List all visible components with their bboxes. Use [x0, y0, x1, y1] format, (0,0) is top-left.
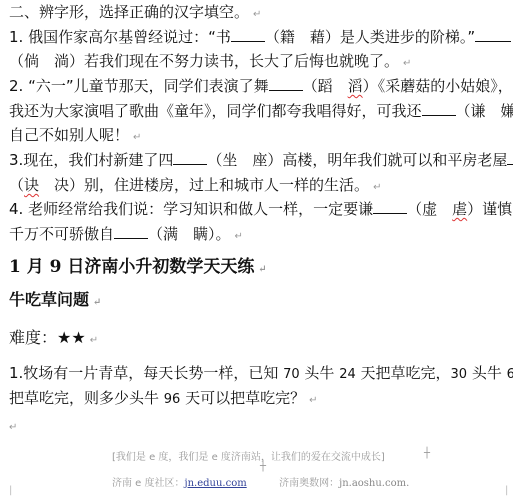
char-options-close: ）: [363, 77, 378, 95]
fill-blank[interactable]: [231, 27, 265, 42]
question-text: 是人类进步的阶梯。”: [340, 28, 475, 46]
difficulty-rating: 难度：★★↵: [9, 328, 98, 351]
question-2-line-3: 自己不如别人呢！↵: [9, 125, 141, 148]
question-3-line-2: （诀 决）别，住进楼房，过上和城市人一样的生活。↵: [9, 175, 381, 198]
paragraph-mark-icon: ↵: [403, 58, 411, 69]
char-options: （满 瞒）: [148, 225, 216, 243]
char-options: （蹈: [303, 77, 348, 95]
fill-blank[interactable]: [422, 101, 456, 116]
aoshu-label: 济南奥数网：: [279, 478, 339, 489]
question-text: 现在，我们村新建了四: [23, 151, 173, 169]
problem-text: 头牛: [300, 364, 340, 382]
paragraph-mark-icon: ↵: [235, 231, 243, 242]
spellcheck-flagged-char: 虐: [452, 200, 467, 218]
question-2-line-1: 2. “六一”儿童节那天，同学们表演了舞（蹈 滔）《采蘑菇的小姑娘》，: [9, 76, 513, 96]
question-text: 千万不可骄傲自: [9, 225, 114, 243]
question-text: 老师经常给我们说：学习知识和做人一样，一定要谦: [28, 200, 373, 218]
spellcheck-flagged-char: 滔: [348, 77, 363, 95]
problem-text: 1.牧场有一片青草，每天长势一样，已知: [9, 364, 283, 382]
number-30: 30: [451, 367, 468, 382]
problem-text: 把草吃完，则多少头牛: [9, 389, 164, 407]
section-heading: 二、辨字形，选择正确的汉字填空。↵: [9, 2, 261, 25]
fill-blank[interactable]: [475, 27, 511, 42]
question-number: 4.: [9, 200, 23, 218]
aoshu-site: jn.aoshu.com.: [339, 478, 409, 489]
footer-links: 济南 e 度社区：jn.eduu.com 济南奥数网：jn.aoshu.com.: [112, 474, 409, 489]
paragraph-mark-icon: ↵: [309, 395, 317, 406]
question-number: 1.: [9, 28, 23, 46]
problem-line-2: 把草吃完，则多少头牛 96 天可以把草吃完？↵: [9, 388, 318, 411]
question-text: 自己不如别人呢！: [9, 126, 129, 144]
math-title-text: 1 月 9 日济南小升初数学天天练: [9, 257, 254, 277]
math-subtitle: 牛吃草问题↵: [9, 290, 101, 313]
math-subtitle-text: 牛吃草问题: [9, 290, 89, 309]
char-options-close: ）: [467, 200, 482, 218]
fill-blank[interactable]: [114, 224, 148, 239]
problem-text: 头牛: [467, 364, 507, 382]
section-heading-text: 二、辨字形，选择正确的汉字填空。: [9, 3, 249, 21]
number-70: 70: [283, 367, 300, 382]
char-options: （倘 淌）: [9, 52, 84, 70]
number-96: 96: [164, 392, 181, 407]
question-4-line-2: 千万不可骄傲自（满 瞒）。↵: [9, 224, 243, 247]
question-text: 。: [216, 225, 231, 243]
footer-marker: ┼: [260, 461, 266, 472]
star-icon: ★★: [57, 328, 86, 347]
char-options: （坐 座）: [207, 151, 282, 169]
question-text: “六一”儿童节那天，同学们表演了舞: [28, 77, 269, 95]
paragraph-mark-icon: ↵: [253, 9, 261, 20]
problem-text: 天可以把草吃完？: [180, 389, 305, 407]
page-margin-marker: |: [505, 485, 508, 496]
number-60: 60: [507, 367, 513, 382]
math-title: 1 月 9 日济南小升初数学天天练↵: [9, 257, 267, 280]
question-1-line-2: （倘 淌）若我们现在不努力读书，长大了后悔也就晚了。↵: [9, 51, 411, 74]
community-label: 济南 e 度社区：: [112, 478, 185, 489]
slogan-text: [我们是 e 度，我们是 e 度济南站，让我们的爱在交流中成长]: [112, 452, 385, 463]
char-options: 决）: [39, 176, 84, 194]
question-1-line-1: 1. 俄国作家高尔基曾经说过：“书（籍 藉）是人类进步的阶梯。”: [9, 27, 511, 47]
fill-blank[interactable]: [269, 76, 303, 91]
question-2-line-2: 我还为大家演唱了歌曲《童年》，同学们都夸我唱得好，可我还（谦 嫌）: [9, 101, 513, 121]
footer-marker: ┼: [424, 448, 430, 459]
fill-blank[interactable]: [507, 150, 513, 165]
community-link[interactable]: jn.eduu.com: [185, 478, 247, 489]
char-options: （虚: [407, 200, 452, 218]
problem-text: 天把草吃完，: [356, 364, 451, 382]
question-text: 俄国作家高尔基曾经说过：“书: [28, 28, 231, 46]
paragraph-mark-icon: ↵: [133, 132, 141, 143]
question-number: 2.: [9, 77, 23, 95]
question-number: 3.: [9, 151, 23, 169]
footer-slogan: [我们是 e 度，我们是 e 度济南站，让我们的爱在交流中成长]: [112, 448, 385, 463]
question-text: 谨慎，: [482, 200, 513, 218]
fill-blank[interactable]: [173, 150, 207, 165]
paragraph-mark-icon: ↵: [93, 297, 101, 308]
question-text: 高楼，明年我们就可以和平房老屋: [282, 151, 507, 169]
number-24: 24: [339, 367, 356, 382]
difficulty-label: 难度：: [9, 328, 57, 347]
question-text: 别，住进楼房，过上和城市人一样的生活。: [84, 176, 369, 194]
char-options-open: （: [9, 176, 24, 194]
fill-blank[interactable]: [373, 199, 407, 214]
question-3-line-1: 3.现在，我们村新建了四（坐 座）高楼，明年我们就可以和平房老屋: [9, 150, 513, 170]
char-options: （谦 嫌）: [456, 102, 513, 120]
paragraph-mark-icon: ↵: [9, 422, 17, 433]
char-options: （籍 藉）: [265, 28, 340, 46]
spellcheck-flagged-char: 诀: [24, 176, 39, 194]
question-text: 《采蘑菇的小姑娘》，: [378, 77, 513, 95]
paragraph-mark-icon: ↵: [373, 182, 381, 193]
question-text: 若我们现在不努力读书，长大了后悔也就晚了。: [84, 52, 399, 70]
page-margin-marker: |: [9, 485, 12, 496]
paragraph-mark-icon: ↵: [90, 335, 98, 346]
question-4-line-1: 4. 老师经常给我们说：学习知识和做人一样，一定要谦（虚 虐）谨慎，: [9, 199, 513, 219]
question-text: 我还为大家演唱了歌曲《童年》，同学们都夸我唱得好，可我还: [9, 102, 422, 120]
paragraph-mark-icon: ↵: [258, 264, 266, 275]
empty-paragraph: ↵: [9, 415, 17, 438]
problem-line-1: 1.牧场有一片青草，每天长势一样，已知 70 头牛 24 天把草吃完，30 头牛…: [9, 363, 513, 385]
